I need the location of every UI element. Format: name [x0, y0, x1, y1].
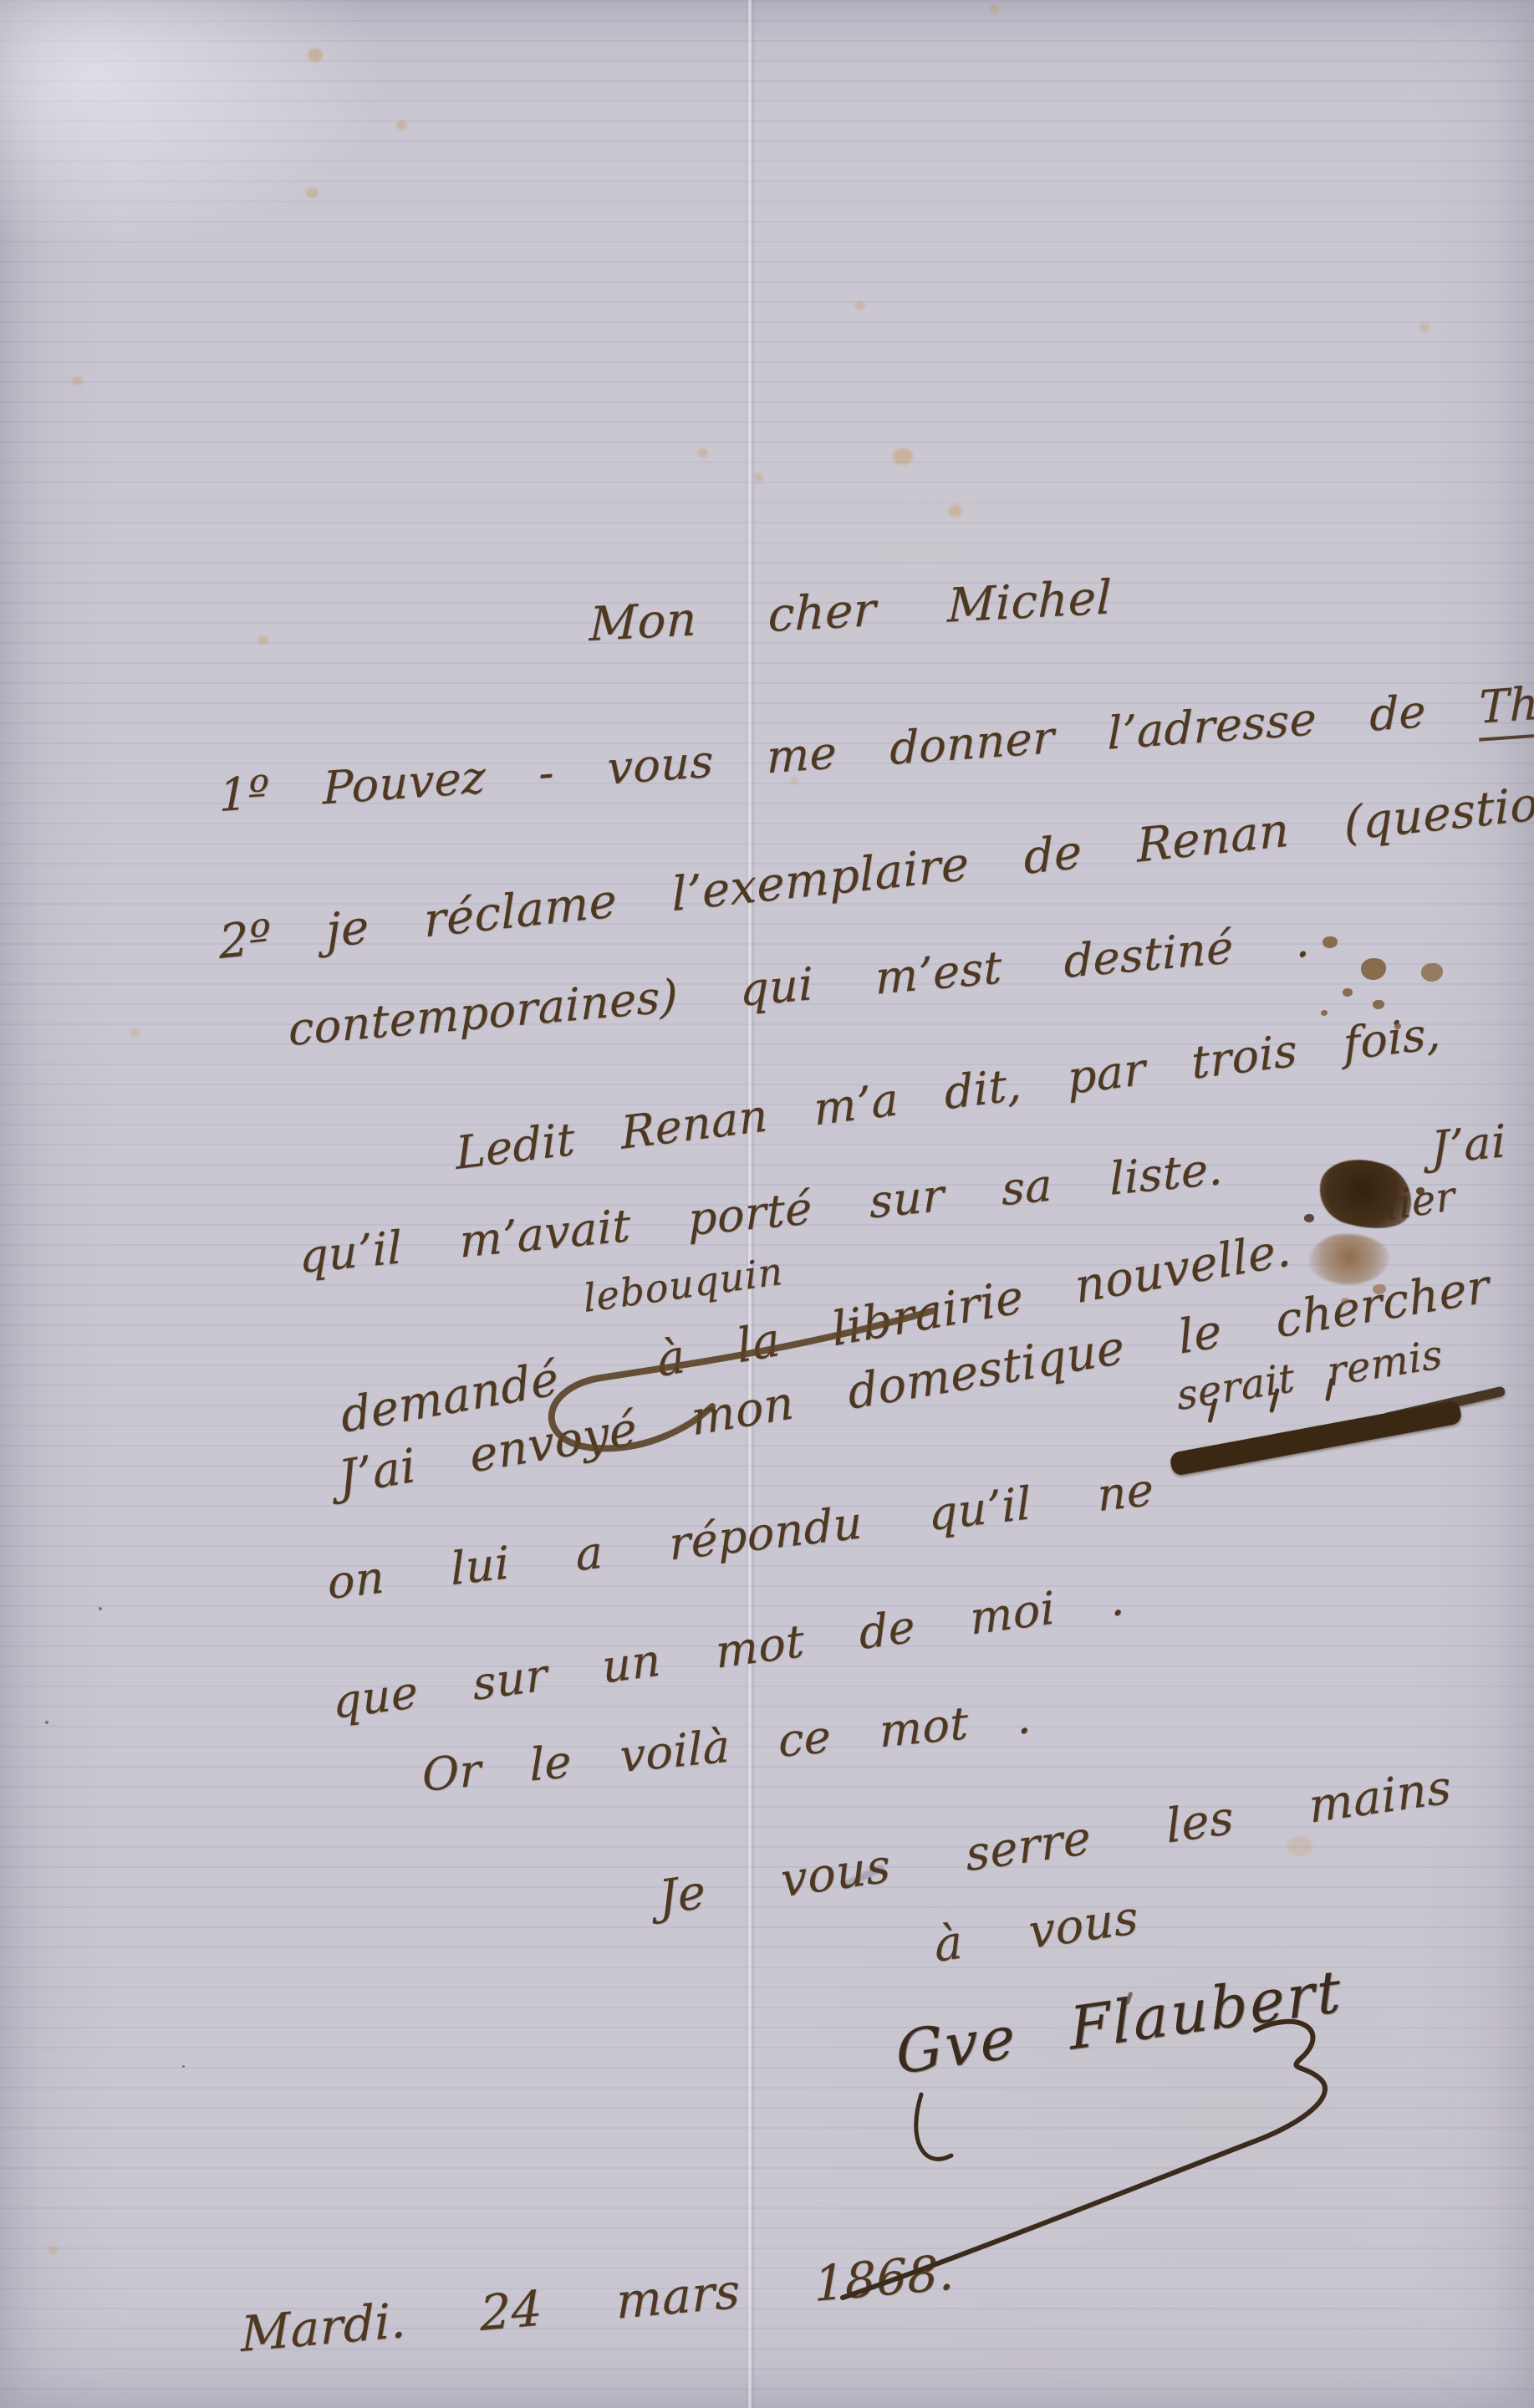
ink-spatter: [1361, 958, 1386, 980]
ink-spatter: [1421, 963, 1443, 982]
dateline: Mardi. 24 mars 1868.: [240, 2243, 955, 2363]
closing-line: Je vous serre les mains: [657, 1760, 1453, 1926]
underlined-name-thore: Thoré: [1479, 671, 1534, 742]
ink-spatter: [1304, 1214, 1314, 1222]
valediction-line: à vous: [933, 1890, 1140, 1973]
signature-descender: [916, 2094, 951, 2159]
line-10-voila-ce-mot: Or le voilà ce mot .: [421, 1691, 1032, 1802]
ink-spatter: [1373, 1000, 1384, 1009]
manuscript-letter-photo: Mon cher Michel 1º Pouvez - vous me donn…: [0, 0, 1534, 2408]
ink-spatter: [1343, 988, 1353, 997]
signature: Gve Flaubert: [894, 1956, 1344, 2088]
line-5-jai: J’ai: [1430, 1115, 1507, 1175]
greeting-line: Mon cher Michel: [589, 570, 1112, 652]
ink-spatter: [1323, 936, 1338, 948]
line-1-text: 1º Pouvez - vous me donner l’adresse de: [219, 685, 1426, 822]
ink-spatter: [1321, 1010, 1328, 1016]
interline-insertion-lebouquin: lebouquin: [582, 1247, 785, 1321]
